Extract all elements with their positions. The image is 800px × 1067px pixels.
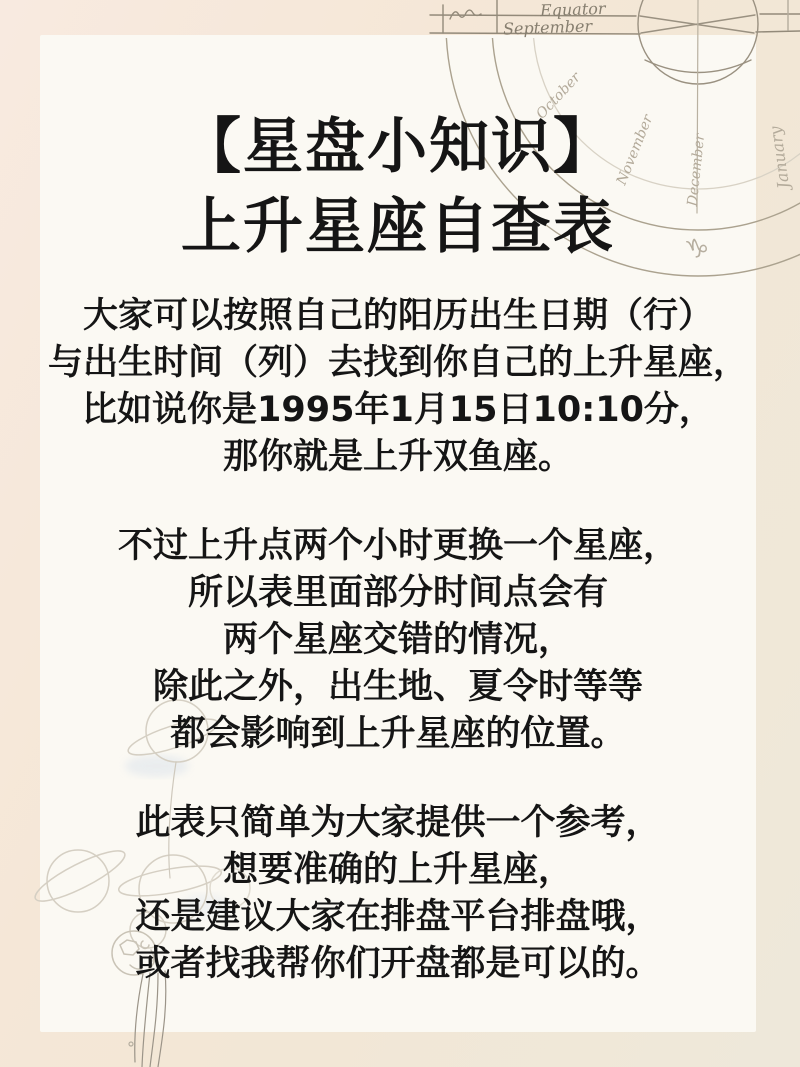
- page-title-line-1: 【星盘小知识】: [40, 107, 756, 187]
- paragraph-line: 都会影响到上升星座的位置。: [40, 711, 756, 758]
- equator-label: Equator: [540, 0, 606, 20]
- paragraph-line: 想要准确的上升星座，: [40, 847, 756, 894]
- january-label: January: [766, 125, 794, 190]
- calendar-band-sketch: [430, 0, 800, 34]
- paragraph-caveats: 不过上升点两个小时更换一个星座， 所以表里面部分时间点会有 两个星座交错的情况，…: [40, 523, 756, 758]
- paragraph-line: 除此之外，出生地、夏令时等等: [40, 664, 756, 711]
- paragraph-line: 大家可以按照自己的阳历出生日期（行）: [40, 293, 756, 340]
- paragraph-usage: 大家可以按照自己的阳历出生日期（行） 与出生时间（列）去找到你自己的上升星座， …: [40, 293, 756, 481]
- scribble-icon: [450, 10, 481, 19]
- poster-text: 【星盘小知识】 上升星座自查表 大家可以按照自己的阳历出生日期（行） 与出生时间…: [40, 35, 756, 1032]
- paragraph-line: 所以表里面部分时间点会有: [40, 570, 756, 617]
- paragraph-line: 与出生时间（列）去找到你自己的上升星座，: [40, 340, 756, 387]
- paragraph-line: 那你就是上升双鱼座。: [40, 434, 756, 481]
- poster-canvas: Equator September October November Decem…: [0, 0, 800, 1067]
- paragraph-line: 还是建议大家在排盘平台排盘哦，: [40, 894, 756, 941]
- title-block: 【星盘小知识】 上升星座自查表: [40, 35, 756, 267]
- paragraph-line: 此表只简单为大家提供一个参考，: [40, 800, 756, 847]
- paragraph-line: 两个星座交错的情况，: [40, 617, 756, 664]
- paragraph-line: 比如说你是1995年1月15日10:10分，: [40, 387, 756, 434]
- paragraph-line: 或者找我帮你们开盘都是可以的。: [40, 941, 756, 988]
- page-title-line-2: 上升星座自查表: [40, 187, 756, 267]
- paragraph-advice: 此表只简单为大家提供一个参考， 想要准确的上升星座， 还是建议大家在排盘平台排盘…: [40, 800, 756, 988]
- paragraph-line: 不过上升点两个小时更换一个星座，: [40, 523, 756, 570]
